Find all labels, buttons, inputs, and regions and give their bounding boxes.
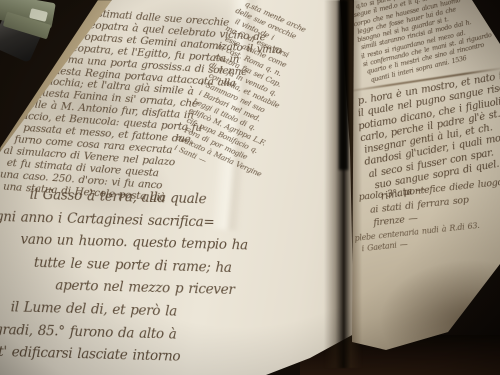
binding-gutter-core-shadow xyxy=(339,0,348,170)
manuscript-photo: stimati dalle sue orecchieCleopatra à qu… xyxy=(0,0,500,375)
left-page-lower-text: il Gasso à terra, alla qualeogni anno i … xyxy=(0,183,347,373)
page-clip xyxy=(0,0,74,74)
